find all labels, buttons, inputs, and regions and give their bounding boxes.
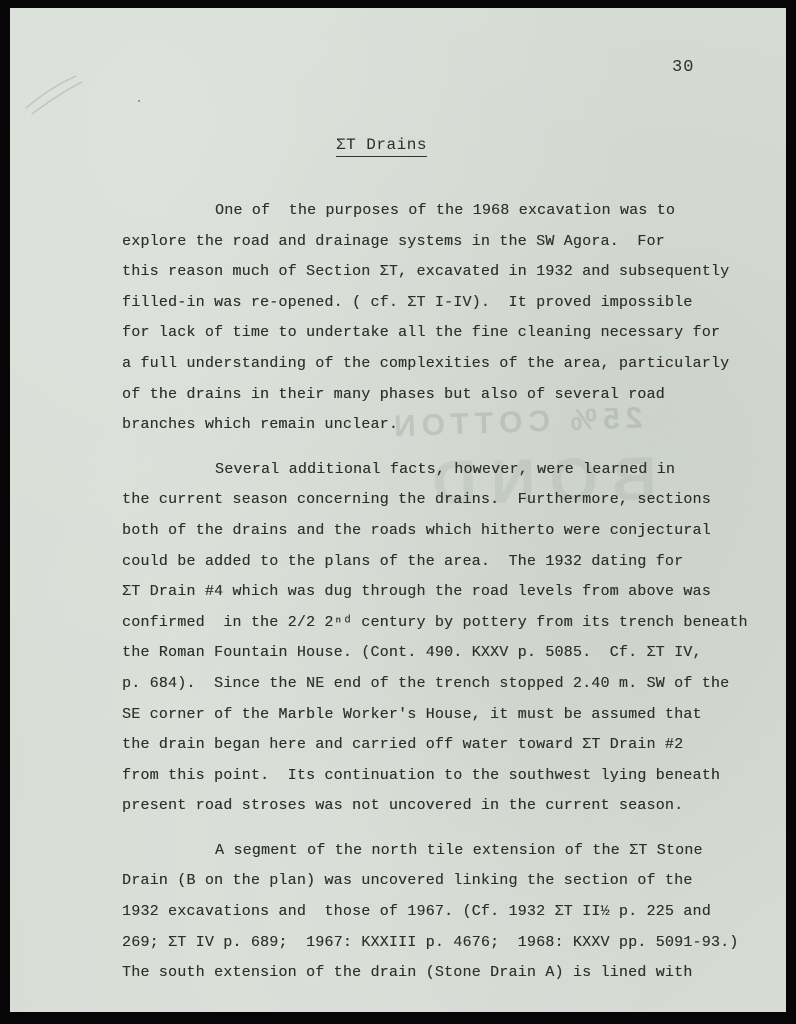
text-line: Drain (B on the plan) was uncovered link… [122,866,762,897]
text-line: 269; ΣT IV p. 689; 1967: KXXIII p. 4676;… [122,928,762,959]
text-line: for lack of time to undertake all the fi… [122,318,762,349]
paragraph: Several additional facts, however, were … [122,455,762,822]
text-line: A segment of the north tile extension of… [122,836,762,867]
paper-speck [138,100,140,102]
text-line: 1932 excavations and those of 1967. (Cf.… [122,897,762,928]
text-line: Several additional facts, however, were … [122,455,762,486]
text-line: filled-in was re-opened. ( cf. ΣT I-IV).… [122,288,762,319]
text-line: One of the purposes of the 1968 excavati… [122,196,762,227]
text-line: the Roman Fountain House. (Cont. 490. KX… [122,638,762,669]
pencil-mark [18,46,128,126]
page-number: 30 [672,58,694,77]
text-line: both of the drains and the roads which h… [122,516,762,547]
text-line: explore the road and drainage systems in… [122,227,762,258]
text-line: SE corner of the Marble Worker's House, … [122,700,762,731]
scanned-page-frame: 25% COTTON BOND 30 ΣT Drains One of the … [0,0,796,1024]
page-title: ΣT Drains [336,136,427,157]
document-page: 25% COTTON BOND 30 ΣT Drains One of the … [10,8,786,1012]
text-line: branches which remain unclear. [122,410,762,441]
text-line: from this point. Its continuation to the… [122,761,762,792]
text-line: The south extension of the drain (Stone … [122,958,762,989]
text-line: this reason much of Section ΣT, excavate… [122,257,762,288]
text-line: confirmed in the 2/2 2ⁿᵈ century by pott… [122,608,762,639]
text-line: the current season concerning the drains… [122,485,762,516]
paragraph: A segment of the north tile extension of… [122,836,762,989]
text-line: p. 684). Since the NE end of the trench … [122,669,762,700]
paragraph: One of the purposes of the 1968 excavati… [122,196,762,441]
text-line: a full understanding of the complexities… [122,349,762,380]
text-line: ΣT Drain #4 which was dug through the ro… [122,577,762,608]
text-body: One of the purposes of the 1968 excavati… [122,196,762,989]
text-line: could be added to the plans of the area.… [122,547,762,578]
text-line: of the drains in their many phases but a… [122,380,762,411]
text-line: the drain began here and carried off wat… [122,730,762,761]
text-line: present road stroses was not uncovered i… [122,791,762,822]
